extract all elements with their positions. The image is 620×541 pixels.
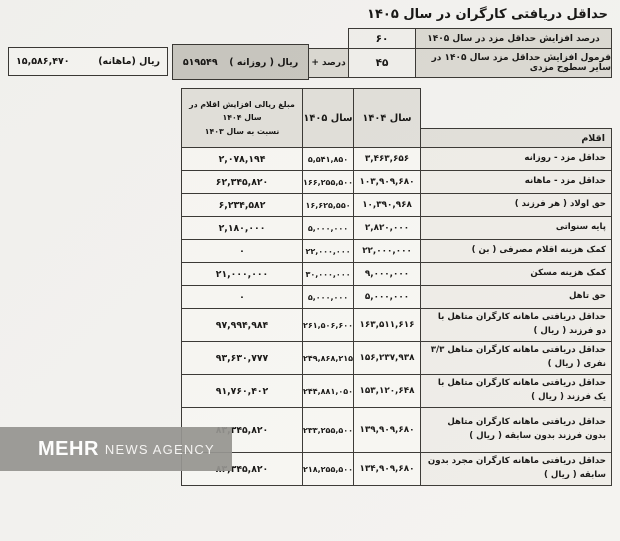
row-label: حداقل دریافتی ماهانه کارگران متاهل ۳/۳ ن… xyxy=(420,341,612,375)
value-diff: ۲,۰۷۸,۱۹۴ xyxy=(181,147,303,171)
row-label: حداقل مزد - ماهانه xyxy=(420,170,612,194)
value-1404: ۱۵۳,۱۲۰,۶۴۸ xyxy=(353,374,421,408)
row-label: پایه سنواتی xyxy=(420,216,612,240)
value-1405: ۵,۰۰۰,۰۰۰ xyxy=(302,285,354,309)
table-row: حداقل دریافتی ماهانه کارگران متاهل ۳/۳ ن… xyxy=(178,341,612,375)
column-header-items: اقلام xyxy=(420,128,612,148)
summary-row1-label: درصد افزایش حداقل مزد در سال ۱۴۰۵ xyxy=(415,28,612,49)
summary-row1-value: ۶۰ xyxy=(348,28,416,49)
summary-percent-unit: درصد + xyxy=(308,48,349,78)
table-row: کمک هزینه مسکن۹,۰۰۰,۰۰۰۳۰,۰۰۰,۰۰۰۲۱,۰۰۰,… xyxy=(178,262,612,286)
value-1404: ۱۵۶,۲۳۷,۹۳۸ xyxy=(353,341,421,375)
column-header-1404: سال ۱۴۰۴ xyxy=(353,88,421,148)
row-label: حق اولاد ( هر فرزند ) xyxy=(420,193,612,217)
value-1405: ۲۳۳,۲۵۵,۵۰۰ xyxy=(302,407,354,453)
row-label: حداقل دریافتی ماهانه کارگران متاهل بدون … xyxy=(420,407,612,453)
value-diff: ۶۲,۳۴۵,۸۲۰ xyxy=(181,170,303,194)
value-1405: ۲۶۱,۵۰۶,۶۰۰ xyxy=(302,308,354,342)
value-1404: ۱۳۴,۹۰۹,۶۸۰ xyxy=(353,452,421,486)
wage-table: اقلام سال ۱۴۰۴ سال ۱۴۰۵ مبلغ ریالی افزای… xyxy=(178,88,612,485)
value-diff: ۰ xyxy=(181,239,303,263)
value-1405: ۱۶۶,۲۵۵,۵۰۰ xyxy=(302,170,354,194)
mehr-watermark: MEHR NEWS AGENCY xyxy=(0,427,232,471)
mehr-agency-text: NEWS AGENCY xyxy=(105,442,215,457)
value-1405: ۵,۰۰۰,۰۰۰ xyxy=(302,216,354,240)
document-page: حداقل دریافتی کارگران در سال ۱۴۰۵ درصد ا… xyxy=(0,0,620,541)
row-label: کمک هزینه مسکن xyxy=(420,262,612,286)
value-1405: ۲۴۹,۸۶۸,۲۱۵ xyxy=(302,341,354,375)
value-1404: ۳,۴۶۳,۶۵۶ xyxy=(353,147,421,171)
value-1404: ۱۶۳,۵۱۱,۶۱۶ xyxy=(353,308,421,342)
table-row: پایه سنواتی۲,۸۲۰,۰۰۰۵,۰۰۰,۰۰۰۲,۱۸۰,۰۰۰ xyxy=(178,216,612,240)
row-label: حداقل دریافتی ماهانه کارگران متاهل با دو… xyxy=(420,308,612,342)
table-row: کمک هزینه اقلام مصرفی ( بن )۲۲,۰۰۰,۰۰۰۲۲… xyxy=(178,239,612,263)
value-diff: ۲,۱۸۰,۰۰۰ xyxy=(181,216,303,240)
value-diff: ۹۱,۷۶۰,۴۰۲ xyxy=(181,374,303,408)
value-diff: ۲۱,۰۰۰,۰۰۰ xyxy=(181,262,303,286)
table-row: حق اولاد ( هر فرزند )۱۰,۳۹۰,۹۶۸۱۶,۶۲۵,۵۵… xyxy=(178,193,612,217)
daily-unit: ریال ( روزانه ) xyxy=(229,57,298,68)
table-body: حداقل مزد - روزانه۳,۴۶۳,۶۵۶۵,۵۴۱,۸۵۰۲,۰۷… xyxy=(178,147,612,486)
value-1404: ۱۳۹,۹۰۹,۶۸۰ xyxy=(353,407,421,453)
column-header-1405: سال ۱۴۰۵ xyxy=(302,88,354,148)
monthly-amount: ۱۵,۵۸۶,۴۷۰ xyxy=(16,56,70,67)
row-label: حداقل دریافتی ماهانه کارگران متاهل با یک… xyxy=(420,374,612,408)
value-1404: ۲۲,۰۰۰,۰۰۰ xyxy=(353,239,421,263)
value-1404: ۱۰۳,۹۰۹,۶۸۰ xyxy=(353,170,421,194)
row-label: حداقل مزد - روزانه xyxy=(420,147,612,171)
column-header-increase: مبلغ ریالی افزایش اقلام در سال ۱۴۰۴ نسبت… xyxy=(181,88,303,148)
value-diff: ۹۳,۶۳۰,۷۷۷ xyxy=(181,341,303,375)
summary-row2-value: ۴۵ xyxy=(348,48,416,78)
table-row: حداقل دریافتی ماهانه کارگران متاهل با دو… xyxy=(178,308,612,342)
value-1404: ۵,۰۰۰,۰۰۰ xyxy=(353,285,421,309)
row-label: حق تاهل xyxy=(420,285,612,309)
value-diff: ۹۷,۹۹۴,۹۸۴ xyxy=(181,308,303,342)
row-label: حداقل دریافتی ماهانه کارگران مجرد بدون س… xyxy=(420,452,612,486)
increase-header-line2: نسبت به سال ۱۴۰۳ xyxy=(205,125,280,138)
monthly-unit: ریال (ماهانه) xyxy=(98,56,160,67)
mehr-logo-text: MEHR xyxy=(38,438,99,461)
value-1405: ۳۰,۰۰۰,۰۰۰ xyxy=(302,262,354,286)
value-1404: ۱۰,۳۹۰,۹۶۸ xyxy=(353,193,421,217)
value-1405: ۲۲,۰۰۰,۰۰۰ xyxy=(302,239,354,263)
table-row: حداقل دریافتی ماهانه کارگران مجرد بدون س… xyxy=(178,452,612,486)
table-row: حداقل دریافتی ماهانه کارگران متاهل بدون … xyxy=(178,407,612,453)
table-header-row: اقلام سال ۱۴۰۴ سال ۱۴۰۵ مبلغ ریالی افزای… xyxy=(178,88,612,148)
value-1404: ۹,۰۰۰,۰۰۰ xyxy=(353,262,421,286)
summary-daily-box: ۵۱۹۵۴۹ ریال ( روزانه ) xyxy=(172,44,309,80)
value-diff: ۶,۲۳۴,۵۸۲ xyxy=(181,193,303,217)
page-title: حداقل دریافتی کارگران در سال ۱۴۰۵ xyxy=(408,7,608,22)
value-1405: ۲۴۴,۸۸۱,۰۵۰ xyxy=(302,374,354,408)
increase-header-line1: مبلغ ریالی افزایش اقلام در سال ۱۴۰۴ xyxy=(185,98,299,125)
row-label: کمک هزینه اقلام مصرفی ( بن ) xyxy=(420,239,612,263)
table-row: حداقل مزد - روزانه۳,۴۶۳,۶۵۶۵,۵۴۱,۸۵۰۲,۰۷… xyxy=(178,147,612,171)
value-diff: ۰ xyxy=(181,285,303,309)
summary-monthly-box: ۱۵,۵۸۶,۴۷۰ ریال (ماهانه) xyxy=(8,47,168,76)
table-row: حق تاهل۵,۰۰۰,۰۰۰۵,۰۰۰,۰۰۰۰ xyxy=(178,285,612,309)
value-1405: ۱۶,۶۲۵,۵۵۰ xyxy=(302,193,354,217)
value-1405: ۵,۵۴۱,۸۵۰ xyxy=(302,147,354,171)
items-header-slot: اقلام xyxy=(420,88,612,148)
table-row: حداقل مزد - ماهانه۱۰۳,۹۰۹,۶۸۰۱۶۶,۲۵۵,۵۰۰… xyxy=(178,170,612,194)
value-1404: ۲,۸۲۰,۰۰۰ xyxy=(353,216,421,240)
summary-row2-label: فرمول افزایش حداقل مزد سال ۱۴۰۵ در سایر … xyxy=(415,48,612,78)
daily-amount: ۵۱۹۵۴۹ xyxy=(183,57,218,68)
table-row: حداقل دریافتی ماهانه کارگران متاهل با یک… xyxy=(178,374,612,408)
value-1405: ۲۱۸,۲۵۵,۵۰۰ xyxy=(302,452,354,486)
